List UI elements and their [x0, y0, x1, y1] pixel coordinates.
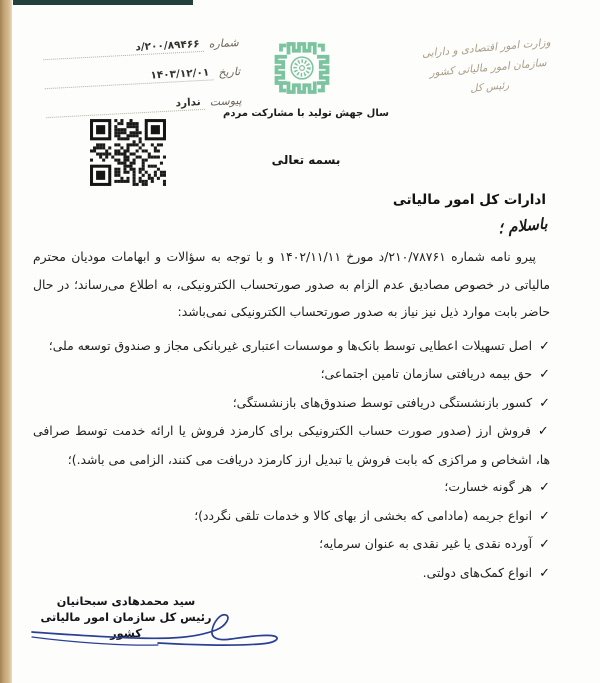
- meta-row-number: شماره ۲۰۰/۸۹۴۶۶/د: [42, 30, 239, 60]
- date-value: ۱۴۰۳/۱۲/۰۱: [150, 66, 214, 82]
- list-item-text: هر گونه خسارت؛: [444, 479, 532, 494]
- list-item: ✓حق بیمه دریافتی سازمان تامین اجتماعی؛: [33, 360, 550, 389]
- list-item: ✓آورده نقدی یا غیر نقدی به عنوان سرمایه؛: [33, 530, 550, 559]
- salutation-text: باسلام ؛: [498, 214, 549, 237]
- checkmark-icon: ✓: [539, 537, 550, 552]
- recipient-heading: ادارات کل امور مالیاتی: [393, 192, 546, 208]
- exemption-list: ✓اصل تسهیلات اعطایی توسط بانک‌ها و موسسا…: [33, 332, 550, 588]
- meta-row-date: تاریخ ۱۴۰۳/۱۲/۰۱: [44, 59, 241, 89]
- letterhead-block: وزارت امور اقتصادی و دارایی سازمان امور …: [414, 32, 563, 104]
- signatory-title: رئیس کل سازمان امور مالیاتی کشور: [28, 610, 224, 642]
- year-slogan: سال جهش تولید با مشارکت مردم: [12, 108, 600, 119]
- number-label: شماره: [208, 36, 239, 52]
- list-item: ✓انواع کمک‌های دولتی.: [33, 559, 550, 588]
- scan-top-bar: [13, 0, 193, 5]
- letter-paragraph: پیرو نامه شماره ۲۱۰/۷۸۷۶۱/د مورخ ۱۴۰۲/۱۱…: [33, 243, 550, 326]
- checkmark-icon: ✓: [539, 566, 550, 581]
- checkmark-icon: ✓: [539, 396, 550, 411]
- tax-administration-logo-icon: [263, 32, 341, 104]
- checkmark-icon: ✓: [539, 480, 550, 495]
- date-leader-line: ۱۴۰۳/۱۲/۰۱: [44, 60, 214, 89]
- list-item: ✓اصل تسهیلات اعطایی توسط بانک‌ها و موسسا…: [33, 332, 550, 361]
- number-value: ۲۰۰/۸۹۴۶۶/د: [135, 38, 204, 55]
- number-leader-line: ۲۰۰/۸۹۴۶۶/د: [42, 32, 204, 60]
- checkmark-icon: ✓: [538, 424, 550, 439]
- list-item: ✓کسور بازنشستگی دریافتی توسط صندوق‌های ب…: [33, 389, 550, 418]
- date-label: تاریخ: [218, 65, 241, 80]
- list-item-text: کسور بازنشستگی دریافتی توسط صندوق‌های با…: [233, 395, 532, 410]
- list-item-text: حق بیمه دریافتی سازمان تامین اجتماعی؛: [321, 366, 533, 381]
- list-item: ✓فروش ارز (صدور صورت حساب الکترونیکی برا…: [33, 417, 550, 473]
- signatory-name: سید محمدهادی سبحانیان: [28, 594, 224, 610]
- letter-body: پیرو نامه شماره ۲۱۰/۷۸۷۶۱/د مورخ ۱۴۰۲/۱۱…: [33, 243, 550, 587]
- signature-block: سید محمدهادی سبحانیان رئیس کل سازمان امو…: [28, 594, 224, 642]
- checkmark-icon: ✓: [539, 339, 550, 354]
- checkmark-icon: ✓: [539, 367, 550, 382]
- list-item: ✓انواع جریمه (مادامی که بخشی از بهای کال…: [33, 502, 550, 531]
- list-item-text: انواع کمک‌های دولتی.: [423, 565, 532, 580]
- scan-spine-edge: [0, 0, 12, 683]
- list-item-text: اصل تسهیلات اعطایی توسط بانک‌ها و موسسات…: [49, 338, 532, 353]
- list-item: ✓هر گونه خسارت؛: [33, 473, 550, 502]
- list-item-text: آورده نقدی یا غیر نقدی به عنوان سرمایه؛: [319, 536, 532, 551]
- checkmark-icon: ✓: [539, 509, 550, 524]
- list-item-text: فروش ارز (صدور صورت حساب الکترونیکی برای…: [33, 423, 550, 467]
- besmeleh-heading: بسمه تعالی: [12, 153, 600, 167]
- list-item-text: انواع جریمه (مادامی که بخشی از بهای کالا…: [194, 508, 532, 523]
- scanned-letter-page: شماره ۲۰۰/۸۹۴۶۶/د تاریخ ۱۴۰۳/۱۲/۰۱ پیوست…: [0, 0, 600, 683]
